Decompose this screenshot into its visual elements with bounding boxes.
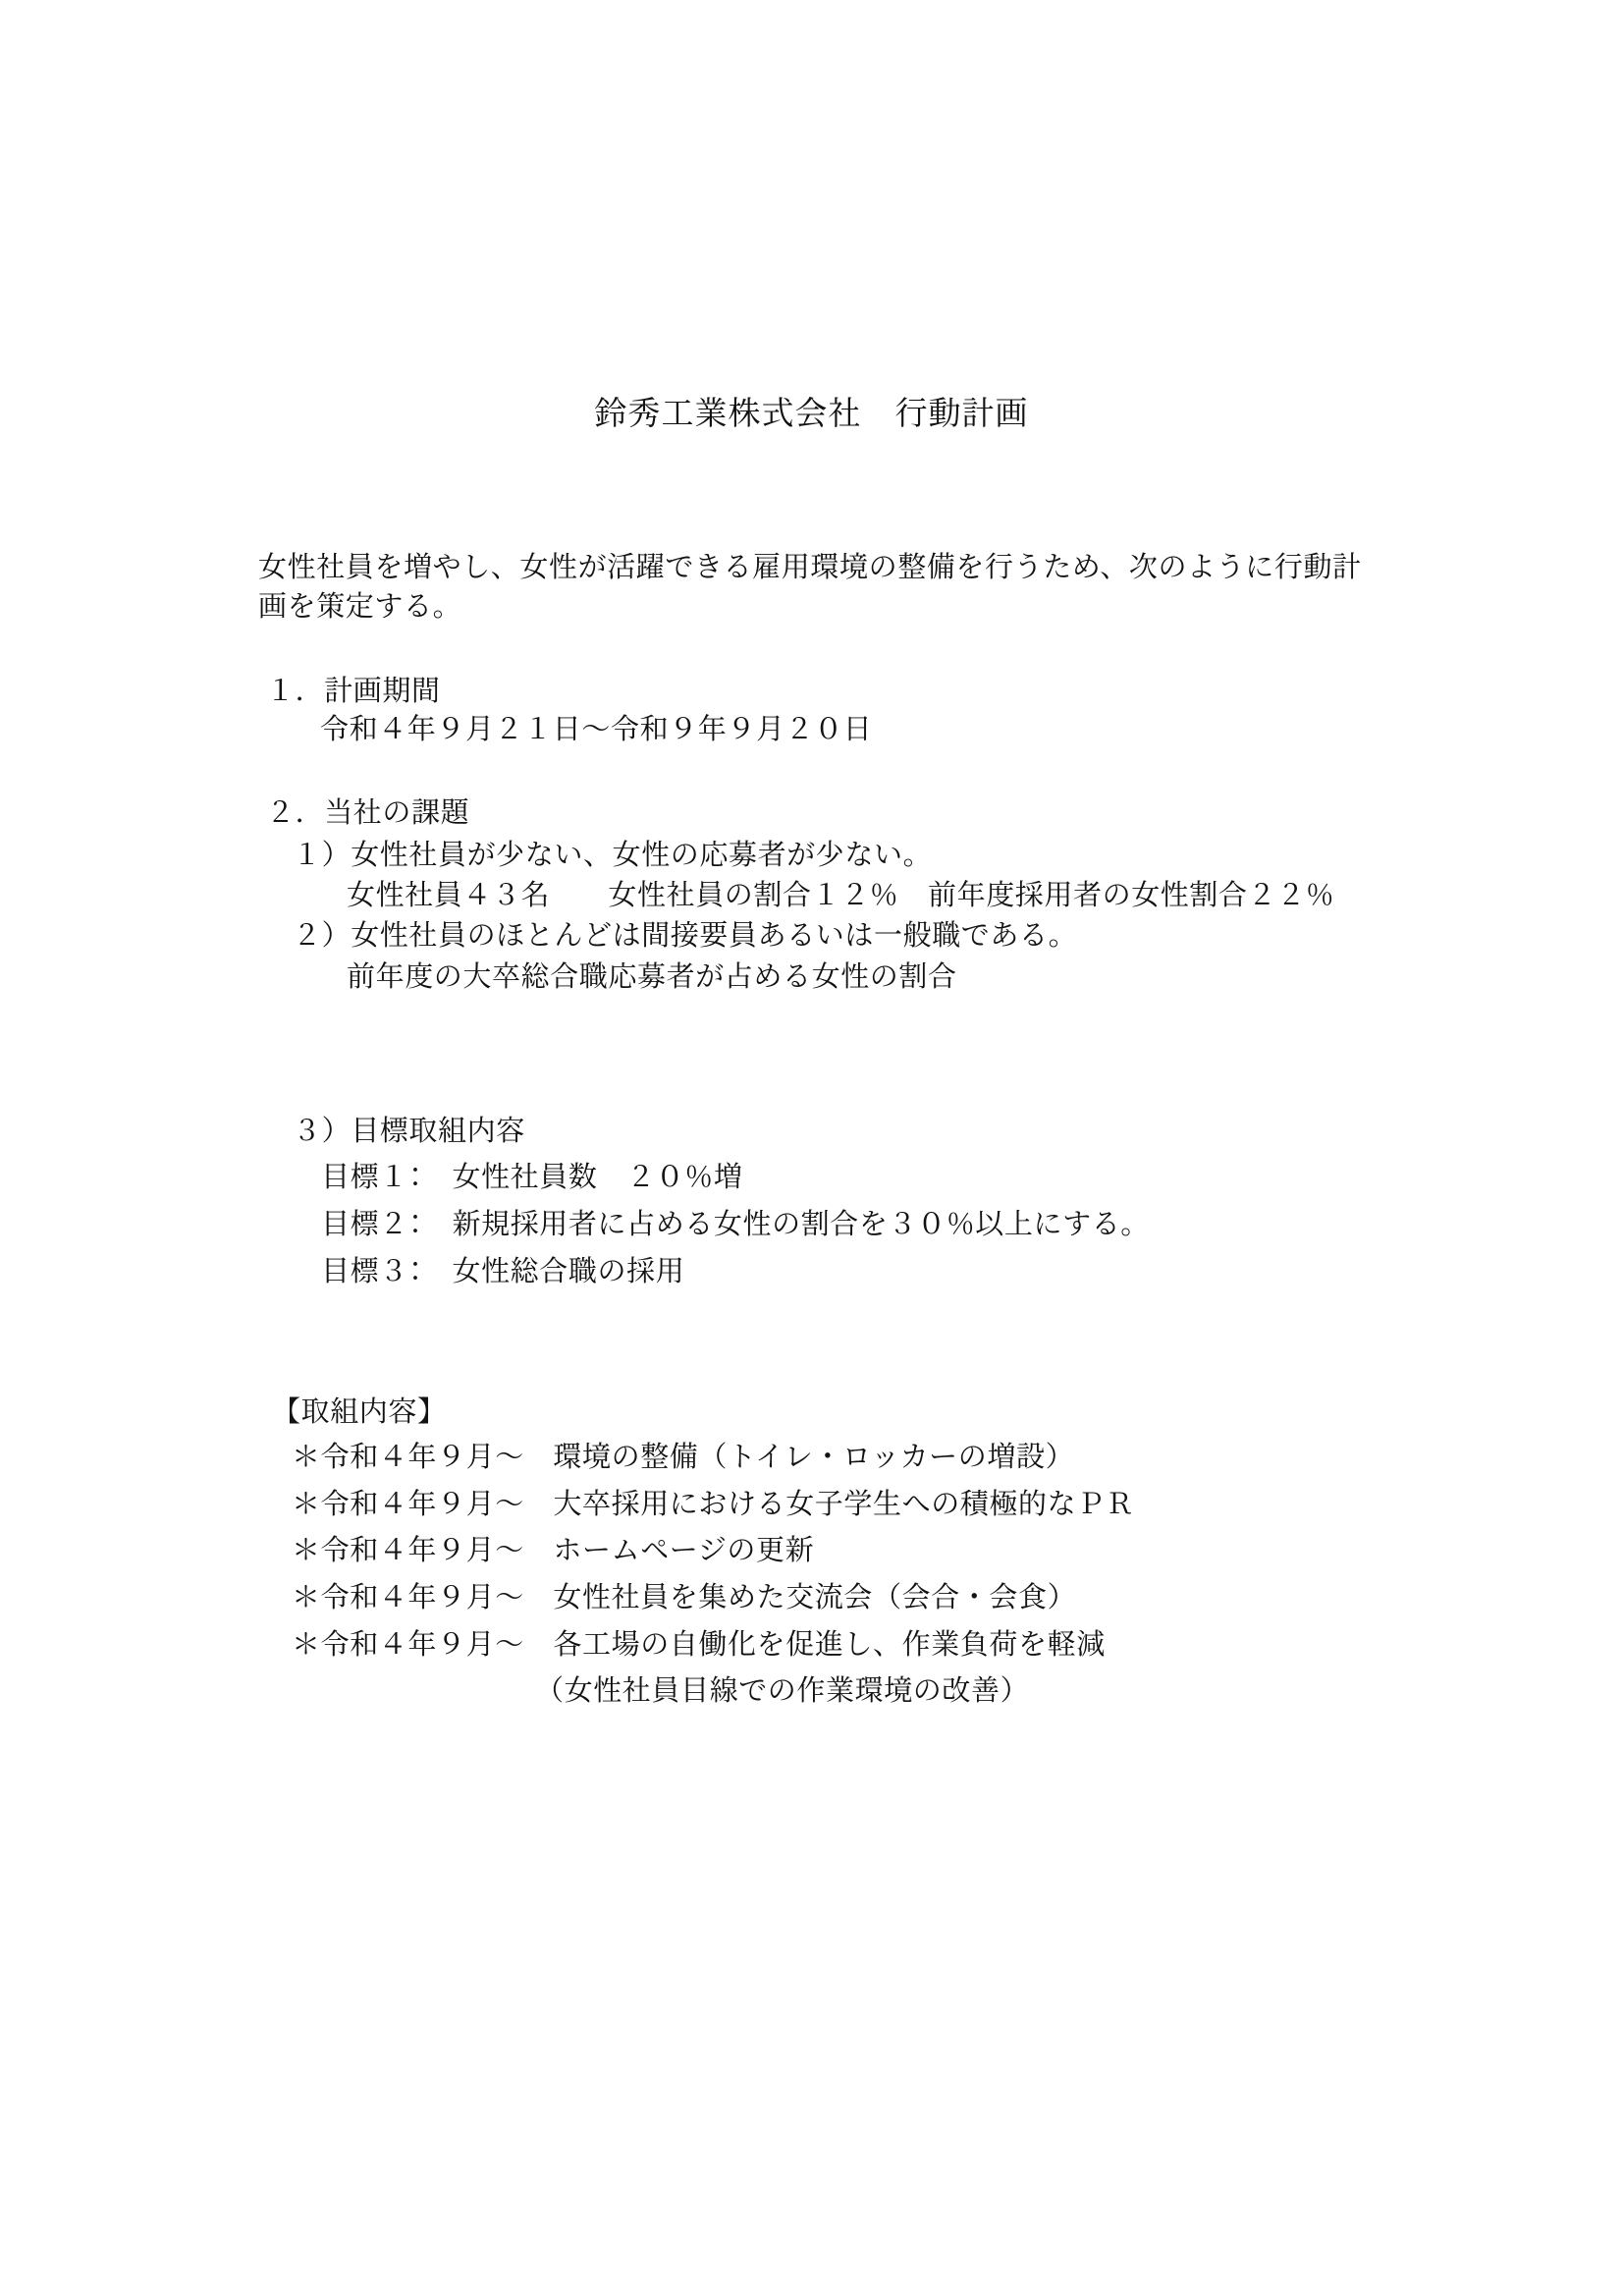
- section2-item2-detail: 前年度の大卒総合職応募者が占める女性の割合: [347, 960, 957, 994]
- initiative-item: ＊令和４年９月～ 女性社員を集めた交流会（会合・会食）: [292, 1581, 1076, 1614]
- intro-paragraph-line-2: 画を策定する。: [258, 590, 461, 624]
- section2-item1-detail: 女性社員４３名 女性社員の割合１２％ 前年度採用者の女性割合２２％: [347, 879, 1334, 912]
- section1-plan-period: 令和４年９月２１日～令和９年９月２０日: [320, 713, 872, 746]
- intro-paragraph-line-1: 女性社員を増やし、女性が活躍できる雇用環境の整備を行うため、次のように行動計: [258, 551, 1362, 584]
- initiative-item: ＊令和４年９月～ 大卒採用における女子学生への積極的なＰＲ: [292, 1488, 1134, 1521]
- goal-2: 目標２： 新規採用者に占める女性の割合を３０％以上にする。: [321, 1208, 1150, 1241]
- initiative-item: ＊令和４年９月～ ホームページの更新: [292, 1534, 814, 1567]
- goal-3: 目標３： 女性総合職の採用: [321, 1255, 684, 1288]
- initiative-item: ＊令和４年９月～ 各工場の自働化を促進し、作業負荷を軽減: [292, 1628, 1106, 1662]
- goal-1: 目標１： 女性社員数 ２０％増: [321, 1161, 743, 1194]
- initiatives-heading: 【取組内容】: [272, 1395, 447, 1429]
- section2-item3: ３）目標取組内容: [293, 1115, 525, 1148]
- initiative-note: （女性社員目線での作業環境の改善）: [535, 1674, 1029, 1708]
- section2-item2: ２）女性社員のほとんどは間接要員あるいは一般職である。: [293, 919, 1077, 953]
- section2-item1: １）女性社員が少ない、女性の応募者が少ない。: [293, 839, 932, 872]
- document-title: 鈴秀工業株式会社 行動計画: [0, 395, 1623, 434]
- section2-heading: ２．当社の課題: [266, 796, 469, 830]
- section1-heading: １．計画期間: [266, 675, 441, 708]
- initiative-item: ＊令和４年９月～ 環境の整備（トイレ・ロッカーの増設）: [292, 1441, 1074, 1474]
- document-page: 鈴秀工業株式会社 行動計画 女性社員を増やし、女性が活躍できる雇用環境の整備を行…: [0, 0, 1623, 2296]
